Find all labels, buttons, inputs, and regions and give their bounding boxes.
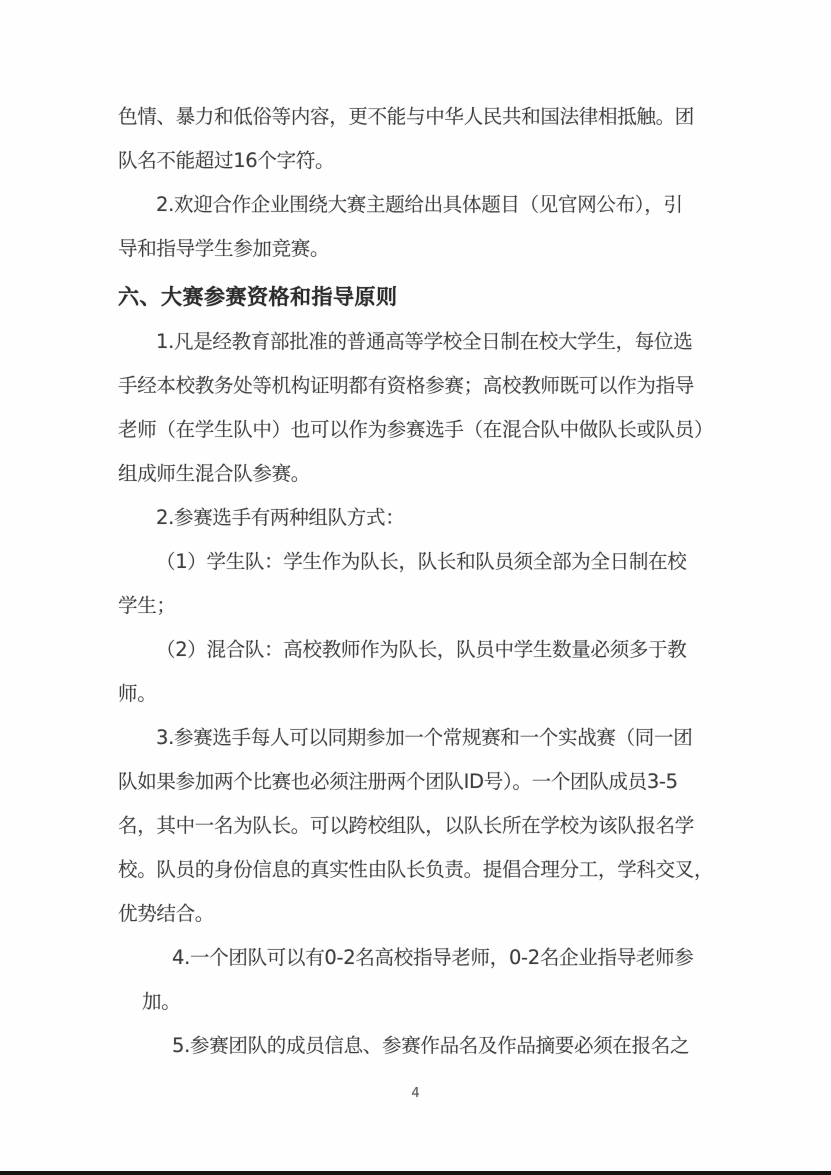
text-line: 组成师生混合队参赛。 [118, 452, 724, 496]
text-line: 名，其中一名为队长。可以跨校组队，以队长所在学校为该队报名学 [118, 804, 724, 848]
text-line: 优势结合。 [118, 892, 724, 936]
text-line: 学生； [118, 584, 724, 628]
section-heading: 六、大赛参赛资格和指导原则 [118, 274, 724, 320]
text-line: 2.参赛选手有两种组队方式： [118, 496, 724, 540]
text-line: 1.凡是经教育部批准的普通高等学校全日制在校大学生，每位选 [118, 320, 724, 364]
text-line: 校。队员的身份信息的真实性由队长负责。提倡合理分工，学科交叉， [118, 848, 724, 892]
page-number: 4 [0, 1086, 831, 1101]
text-line: 队如果参加两个比赛也必须注册两个团队ID号）。一个团队成员3-5 [118, 760, 724, 804]
document-page: 色情、暴力和低俗等内容，更不能与中华人民共和国法律相抵触。团 队名不能超过16个… [0, 0, 831, 1175]
text-line: 手经本校教务处等机构证明都有资格参赛；高校教师既可以作为指导 [118, 364, 724, 408]
text-line: 加。 [118, 980, 724, 1024]
text-line: 2.欢迎合作企业围绕大赛主题给出具体题目（见官网公布），引 [118, 183, 724, 227]
text-line: 色情、暴力和低俗等内容，更不能与中华人民共和国法律相抵触。团 [118, 95, 724, 139]
text-line: 师。 [118, 672, 724, 716]
text-line: （1）学生队：学生作为队长，队长和队员须全部为全日制在校 [118, 540, 724, 584]
text-line: 队名不能超过16个字符。 [118, 139, 724, 183]
bottom-edge-bar [0, 1171, 831, 1175]
text-line: 老师（在学生队中）也可以作为参赛选手（在混合队中做队长或队员） [118, 408, 724, 452]
text-line: 导和指导学生参加竞赛。 [118, 227, 724, 271]
text-line: 3.参赛选手每人可以同期参加一个常规赛和一个实战赛（同一团 [118, 716, 724, 760]
text-line: 4.一个团队可以有0-2名高校指导老师，0-2名企业指导老师参 [118, 936, 724, 980]
text-line: 5.参赛团队的成员信息、参赛作品名及作品摘要必须在报名之 [118, 1024, 724, 1068]
document-body: 色情、暴力和低俗等内容，更不能与中华人民共和国法律相抵触。团 队名不能超过16个… [118, 95, 724, 1068]
text-line: （2）混合队：高校教师作为队长，队员中学生数量必须多于教 [118, 628, 724, 672]
